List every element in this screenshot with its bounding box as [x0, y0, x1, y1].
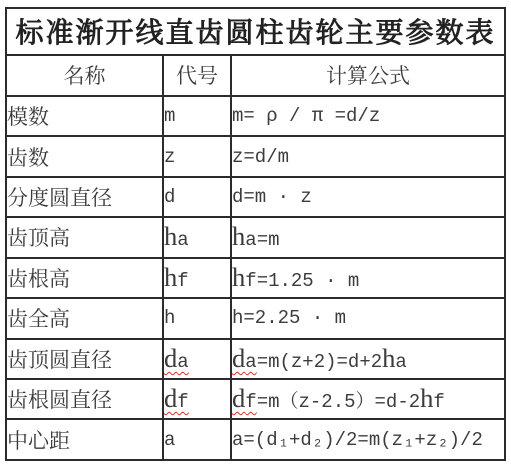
- symbol-cell: h: [163, 298, 231, 338]
- symbol-text: z: [164, 146, 175, 168]
- name-cell: 齿全高: [6, 298, 163, 338]
- formula-rest: z=d/m: [232, 146, 289, 168]
- formula-rest: =m(z+2)=d+2: [257, 351, 382, 373]
- table-row: 齿顶圆直径 da da=m(z+2)=d+2ha: [6, 339, 505, 379]
- symbol-text: m: [164, 105, 175, 127]
- formula-rest: a=(d₁+d₂)/2=m(z₁+z₂)/2: [232, 429, 483, 451]
- formula-rest: h=2.25 · m: [232, 307, 346, 329]
- name-cell: 齿数: [6, 136, 163, 176]
- table-row: 齿根圆直径 df df=m（z-2.5）=d-2hf: [6, 379, 505, 419]
- name-cell: 中心距: [6, 419, 163, 460]
- symbol-cell: da: [163, 339, 231, 379]
- table-row: 模数 m m= ρ / π =d/z: [6, 96, 505, 136]
- symbol-text: d: [164, 186, 175, 208]
- gear-parameters-table: 标准渐开线直齿圆柱齿轮主要参数表 名称 代号 计算公式 模数 m m= ρ / …: [5, 7, 506, 461]
- symbol-text-misspelled: da: [164, 345, 189, 373]
- header-row: 名称 代号 计算公式: [6, 55, 505, 96]
- table-row: 齿数 z z=d/m: [6, 136, 505, 176]
- formula-lead-misspelled: df: [232, 385, 257, 413]
- symbol-text-misspelled: df: [164, 385, 189, 413]
- formula-rest: =1.25 · m: [257, 270, 360, 292]
- symbol-cell: m: [163, 96, 231, 136]
- formula-cell: m= ρ / π =d/z: [231, 96, 505, 136]
- formula-cell: d=m · z: [231, 177, 505, 217]
- formula-rest: d=m · z: [232, 186, 312, 208]
- column-header-symbol: 代号: [163, 55, 231, 96]
- table-row: 齿根高 hf hf=1.25 · m: [6, 258, 505, 298]
- formula-lead-misspelled: da: [232, 345, 257, 373]
- column-header-name: 名称: [6, 55, 163, 96]
- title-row: 标准渐开线直齿圆柱齿轮主要参数表: [6, 8, 505, 55]
- table-row: 齿顶高 ha ha=m: [6, 217, 505, 257]
- table-row: 分度圆直径 d d=m · z: [6, 177, 505, 217]
- symbol-text: hf: [164, 264, 189, 292]
- name-cell: 齿顶高: [6, 217, 163, 257]
- name-cell: 分度圆直径: [6, 177, 163, 217]
- formula-cell: df=m（z-2.5）=d-2hf: [231, 379, 505, 419]
- symbol-text: a: [164, 429, 175, 451]
- name-cell: 齿根高: [6, 258, 163, 298]
- formula-rest: =m: [257, 229, 280, 251]
- name-cell: 齿根圆直径: [6, 379, 163, 419]
- symbol-text: h: [164, 307, 175, 329]
- formula-tail: ha: [382, 345, 407, 373]
- formula-tail: hf: [420, 385, 445, 413]
- symbol-cell: ha: [163, 217, 231, 257]
- symbol-cell: hf: [163, 258, 231, 298]
- table-row: 中心距 a a=(d₁+d₂)/2=m(z₁+z₂)/2: [6, 419, 505, 460]
- formula-lead: hf: [232, 264, 257, 292]
- formula-cell: hf=1.25 · m: [231, 258, 505, 298]
- formula-cell: ha=m: [231, 217, 505, 257]
- formula-cell: a=(d₁+d₂)/2=m(z₁+z₂)/2: [231, 419, 505, 460]
- name-cell: 齿顶圆直径: [6, 339, 163, 379]
- symbol-cell: a: [163, 419, 231, 460]
- formula-rest: m= ρ / π =d/z: [232, 105, 380, 127]
- name-cell: 模数: [6, 96, 163, 136]
- formula-cell: z=d/m: [231, 136, 505, 176]
- table-title: 标准渐开线直齿圆柱齿轮主要参数表: [6, 8, 505, 55]
- formula-cell: da=m(z+2)=d+2ha: [231, 339, 505, 379]
- symbol-cell: z: [163, 136, 231, 176]
- formula-rest: =m（z-2.5）=d-2: [257, 391, 420, 413]
- column-header-formula: 计算公式: [231, 55, 505, 96]
- formula-lead: ha: [232, 223, 257, 251]
- table-row: 齿全高 h h=2.25 · m: [6, 298, 505, 338]
- symbol-cell: d: [163, 177, 231, 217]
- page: 标准渐开线直齿圆柱齿轮主要参数表 名称 代号 计算公式 模数 m m= ρ / …: [0, 0, 511, 468]
- formula-cell: h=2.25 · m: [231, 298, 505, 338]
- symbol-cell: df: [163, 379, 231, 419]
- symbol-text: ha: [164, 223, 189, 251]
